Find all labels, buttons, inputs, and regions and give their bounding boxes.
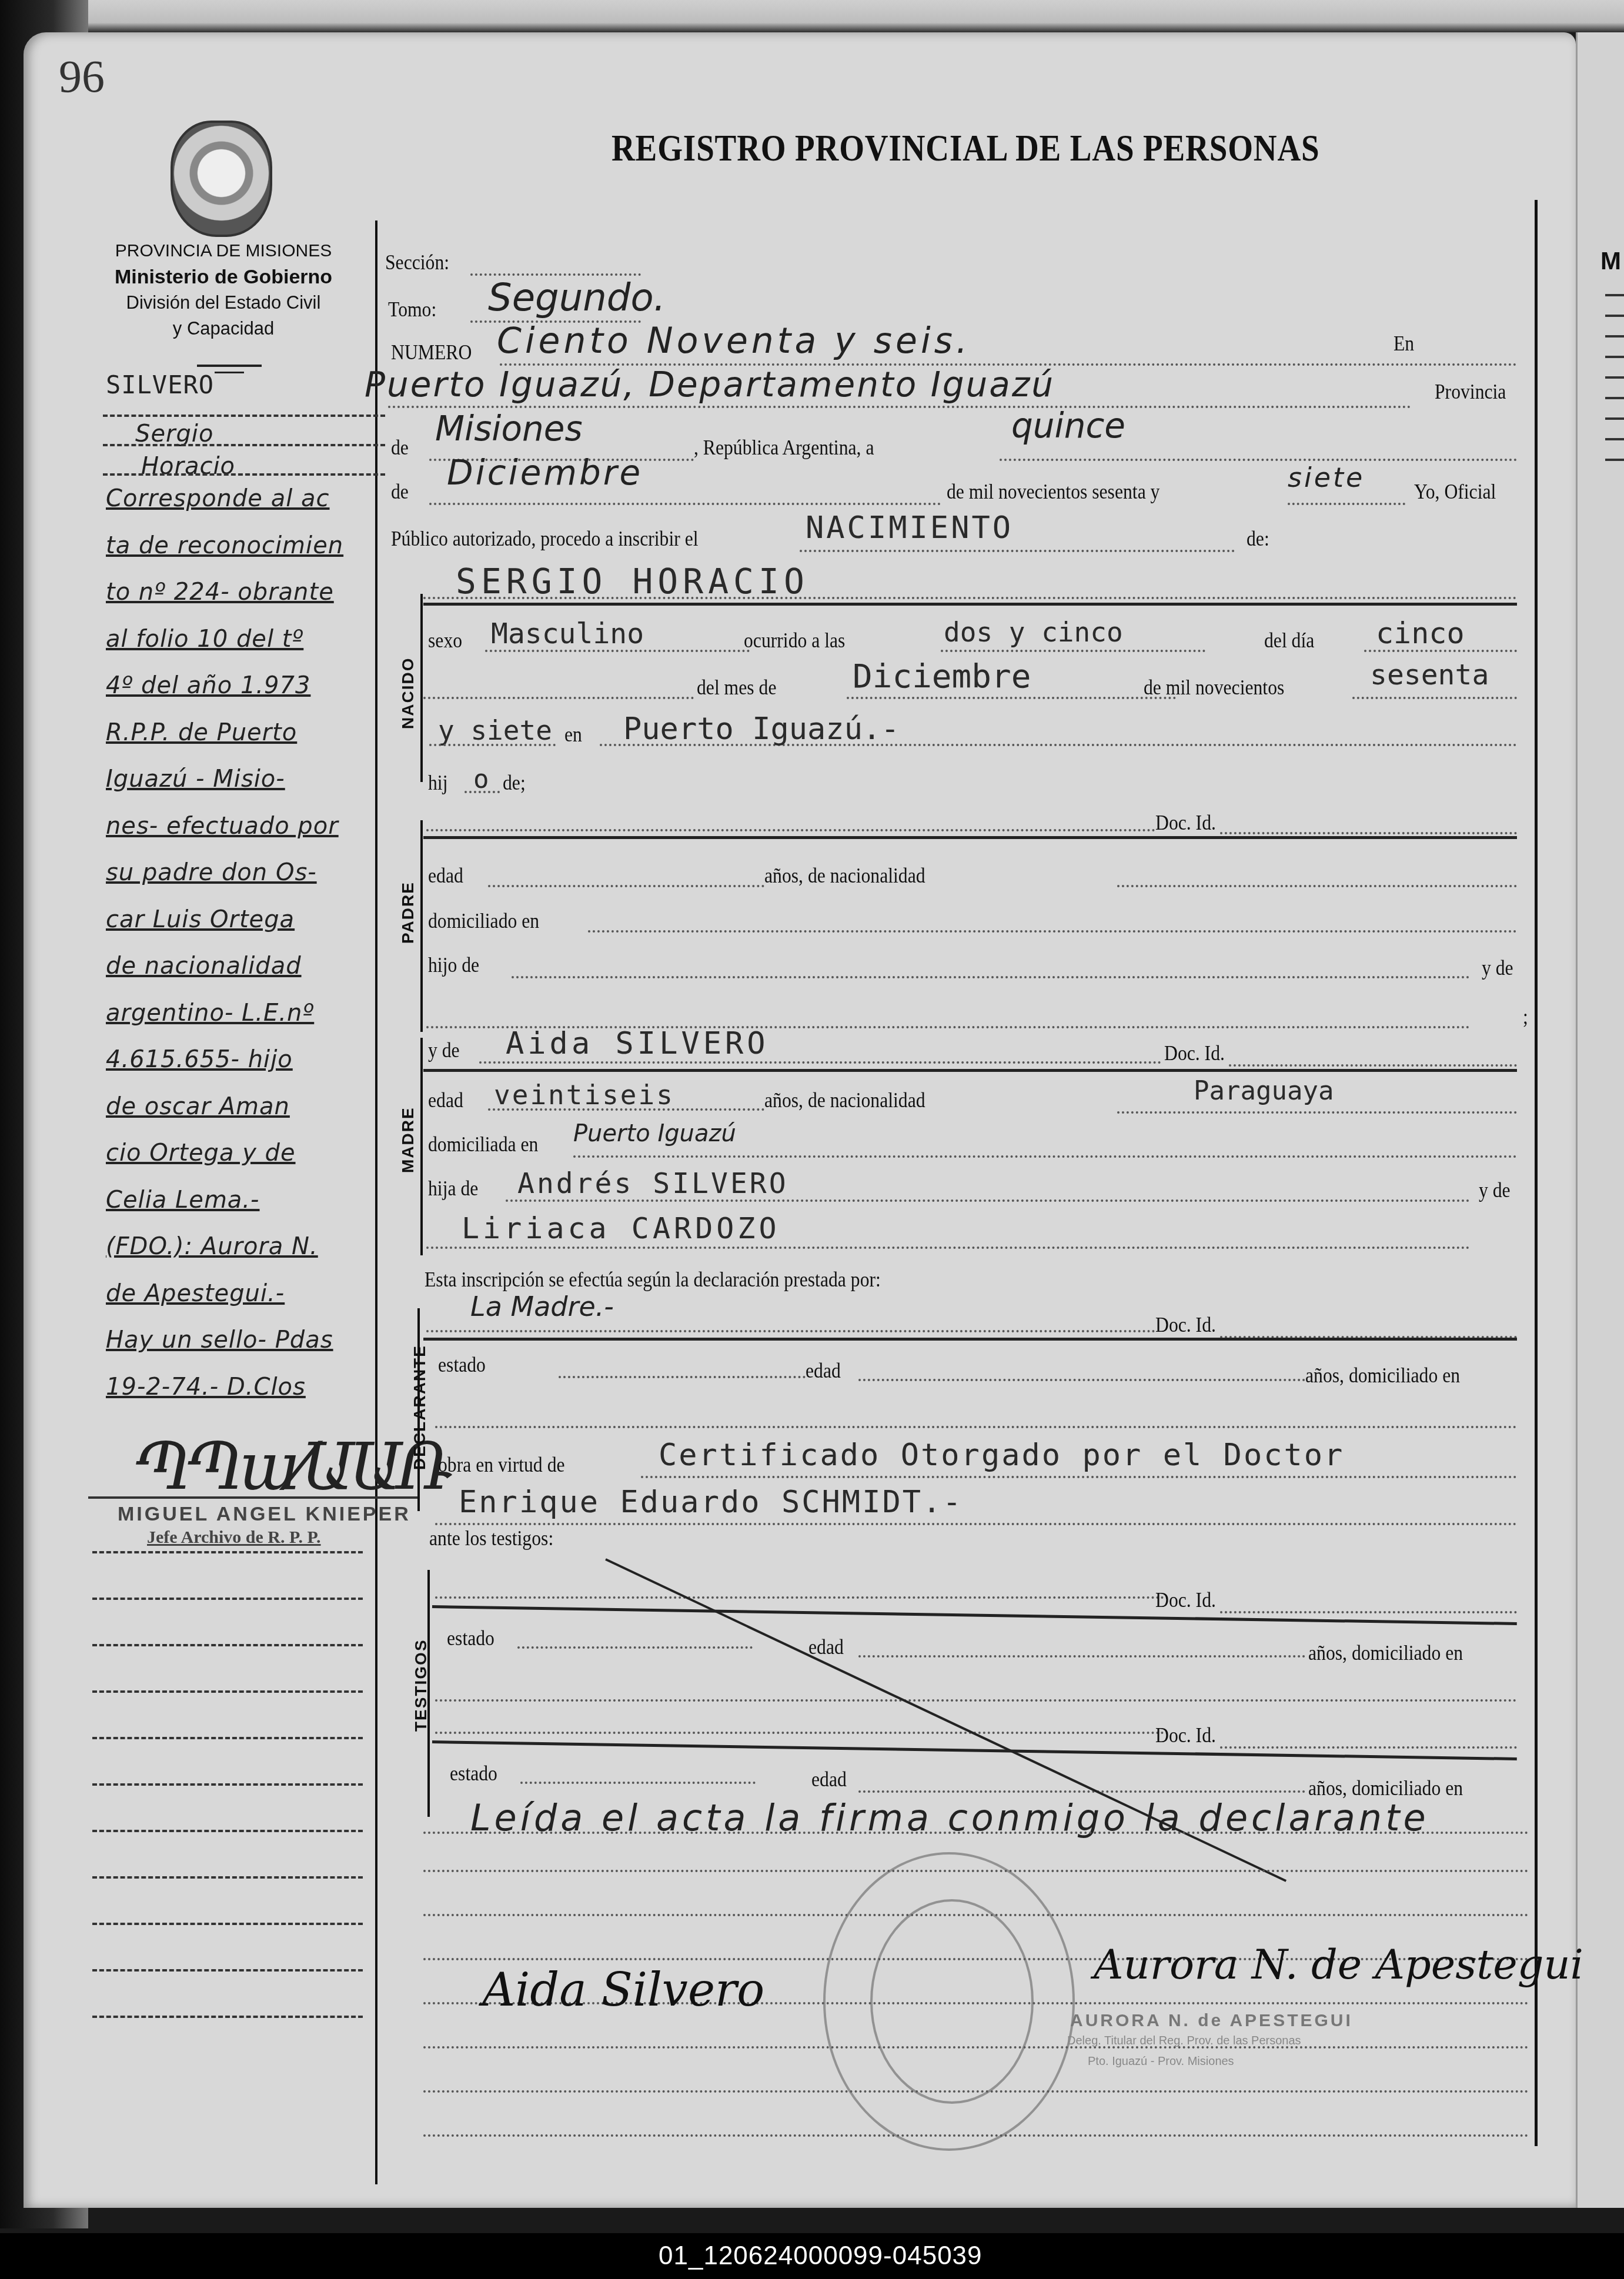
- margin-blank-line: [92, 1644, 363, 1646]
- margin-blank-line: [92, 1923, 363, 1925]
- obra-field-2[interactable]: [435, 1523, 1517, 1525]
- mes-label: del mes de: [697, 675, 776, 700]
- declarante-section-label: DECLARANTE: [410, 1345, 429, 1470]
- testigo1-doc-field[interactable]: [1220, 1611, 1517, 1613]
- margin-note-line: Celia Lema.-: [106, 1187, 260, 1214]
- dia-label: del día: [1264, 628, 1314, 653]
- hijo-value: o: [473, 764, 489, 794]
- mes-value: Diciembre: [853, 657, 1031, 696]
- padre-doc-label: Doc. Id.: [1155, 810, 1216, 835]
- hijo-de-label: de;: [503, 770, 526, 795]
- declarante-nombre-value: La Madre.-: [470, 1291, 614, 1322]
- hora-label: ocurrido a las: [744, 628, 845, 653]
- declarante-edad-field[interactable]: [858, 1379, 1305, 1381]
- margin-blank-line: [92, 1783, 363, 1786]
- nacido-lugar-value: Puerto Iguazú.-: [623, 711, 900, 747]
- madre-nombre-field[interactable]: [479, 1061, 1161, 1064]
- margin-blank-line: [92, 1551, 363, 1553]
- anio-label: de mil novecientos: [1144, 675, 1284, 700]
- padre-nacionalidad-field[interactable]: [1117, 885, 1517, 887]
- hora-value: dos y cinco: [944, 616, 1123, 648]
- madre-section-label: MADRE: [399, 1107, 417, 1173]
- obra-value-2: Enrique Eduardo SCHMIDT.-: [459, 1485, 963, 1520]
- en-label: En: [1394, 331, 1414, 356]
- fecha-dia-value: quince: [1011, 406, 1125, 446]
- madre-nacionalidad-label: años, de nacionalidad: [764, 1088, 925, 1112]
- declarante-domicilio-field[interactable]: [435, 1426, 1517, 1428]
- adjacent-page-edge: [1576, 32, 1624, 2208]
- testigos-section-label: TESTIGOS: [412, 1639, 430, 1732]
- madre-nacionalidad-value: Paraguaya: [1194, 1076, 1334, 1106]
- padre-domicilio-label: domiciliado en: [428, 908, 539, 933]
- archive-signature: ՊՊա⁄ԱԱՌ: [135, 1429, 448, 1504]
- madre-edad-value: veintiseis: [494, 1079, 674, 1111]
- fecha-dia-field[interactable]: [1000, 459, 1517, 461]
- acto-label: Público autorizado, procedo a inscribir …: [391, 526, 699, 551]
- form-right-border: [1535, 200, 1538, 2146]
- margin-note-line: R.P.P. de Puerto: [106, 719, 297, 746]
- madre-domicilio-field[interactable]: [573, 1155, 1517, 1158]
- oficial-stamp-line2: Deleg. Titular del Reg. Prov. de las Per…: [1067, 2034, 1301, 2048]
- seccion-field[interactable]: [470, 273, 641, 276]
- testigo2-estado-label: estado: [450, 1761, 497, 1786]
- oficial-stamp-line3: Pto. Iguazú - Prov. Misiones: [1088, 2055, 1234, 2069]
- madre-edad-label: edad: [428, 1088, 463, 1112]
- margin-blank-line: [92, 1598, 363, 1600]
- padre-nombre-field[interactable]: [426, 829, 1155, 831]
- divider: [215, 372, 244, 373]
- obra-value-1: Certificado Otorgado por el Doctor: [659, 1438, 1344, 1473]
- archive-stamp-title: Jefe Archivo de R. P. P.: [147, 1528, 321, 1548]
- padre-edad-field[interactable]: [488, 885, 764, 887]
- margin-blank-line: [92, 1876, 363, 1879]
- numero-value: Ciento Noventa y seis.: [497, 320, 971, 362]
- padre-edad-label: edad: [428, 863, 463, 888]
- padre-hijo-de-field[interactable]: [512, 976, 1470, 978]
- testigo1-doc-label: Doc. Id.: [1155, 1588, 1216, 1612]
- adjacent-page-dash: [1605, 294, 1624, 296]
- margin-note-line: to nº 224- obrante: [106, 579, 334, 606]
- archive-stamp-name: MIGUEL ANGEL KNIEPER: [118, 1503, 411, 1526]
- declarante-nombre-field[interactable]: [426, 1330, 1155, 1332]
- adjacent-page-dash: [1605, 335, 1624, 337]
- padre-end-mark: ;: [1523, 1004, 1528, 1029]
- document-title: REGISTRO PROVINCIAL DE LAS PERSONAS: [611, 126, 1320, 170]
- margin-note-line: ta de reconocimien: [106, 532, 343, 559]
- madre-domicilio-label: domiciliada en: [428, 1132, 538, 1157]
- declarante-estado-label: estado: [438, 1352, 486, 1377]
- oficial-signature: Aurora N. de Apestegui: [1094, 1940, 1583, 1989]
- fecha-anio-field[interactable]: [1288, 503, 1405, 505]
- margin-note-line: Corresponde al ac: [106, 485, 330, 512]
- margin-note-line: 4º del año 1.973: [106, 672, 310, 699]
- anio2-field[interactable]: [429, 744, 556, 746]
- republica-label: , República Argentina, a: [694, 435, 874, 460]
- de-label-2: de: [391, 479, 409, 504]
- nacido-nombre-value: SERGIO HORACIO: [456, 562, 809, 602]
- testigos-intro: ante los testigos:: [429, 1526, 553, 1550]
- mes-field[interactable]: [847, 697, 1176, 699]
- madre-padre-value: Andrés SILVERO: [517, 1167, 788, 1200]
- margin-given-name-2: Horacio: [141, 453, 235, 480]
- madre-madre-value: Liriaca CARDOZO: [462, 1211, 780, 1245]
- testigo2-edad-field[interactable]: [858, 1790, 1305, 1793]
- hora-field[interactable]: [941, 650, 1205, 652]
- closing-field[interactable]: [423, 1832, 1529, 1834]
- sexo-value: Masculino: [491, 617, 644, 650]
- dia-value: cinco: [1376, 616, 1465, 650]
- section-rule: [423, 836, 1517, 839]
- madre-doc-field[interactable]: [1229, 1064, 1517, 1067]
- section-rule: [423, 603, 1517, 606]
- testigo1-estado-label: estado: [447, 1626, 494, 1650]
- book-top-edge: [0, 0, 1624, 32]
- sexo-label: sexo: [428, 628, 462, 653]
- declarante-estado-field[interactable]: [559, 1376, 806, 1378]
- org-division: División del Estado Civil: [76, 290, 370, 316]
- scan-id: 01_120624000099-045039: [659, 2241, 983, 2271]
- padre-y-de-label: y de: [1482, 955, 1513, 980]
- mil-novecientos-label: de mil novecientos sesenta y: [947, 479, 1159, 504]
- margin-blank-line: [92, 2016, 363, 2018]
- provincia-value: Misiones: [435, 409, 583, 449]
- declarante-intro: Esta inscripción se efectúa según la dec…: [425, 1267, 881, 1292]
- padre-hijo-de-label: hijo de: [428, 953, 479, 977]
- adjacent-page-dash: [1605, 376, 1624, 379]
- nacido-section-label: NACIDO: [399, 657, 417, 729]
- lugar-field[interactable]: [388, 406, 1411, 408]
- margin-note-line: 19-2-74.- D.Clos: [106, 1374, 306, 1401]
- padre-nacionalidad-label: años, de nacionalidad: [764, 863, 925, 888]
- testigo2-edad-label: edad: [811, 1767, 847, 1792]
- padre-doc-field[interactable]: [1220, 832, 1517, 834]
- organization-header: PROVINCIA DE MISIONES Ministerio de Gobi…: [76, 238, 370, 342]
- section-rule: [423, 1069, 1517, 1072]
- fecha-mes-value: Diciembre: [447, 453, 643, 493]
- oficial-stamp-name: AURORA N. de APESTEGUI: [1070, 2011, 1353, 2031]
- testigo2-estado-field[interactable]: [520, 1782, 756, 1784]
- adjacent-page-dash: [1605, 417, 1624, 420]
- margin-rule: [103, 415, 385, 417]
- provincial-seal-icon: [171, 121, 272, 237]
- margin-note-line: de oscar Aman: [106, 1093, 290, 1120]
- de-colon-label: de:: [1247, 526, 1269, 551]
- margin-note-line: car Luis Ortega: [106, 906, 295, 933]
- lugar-value: Puerto Iguazú, Departamento Iguazú: [365, 365, 1055, 405]
- fecha-anio-value: siete: [1288, 462, 1365, 493]
- column-divider: [375, 220, 377, 2184]
- madre-hija-de-label: hija de: [428, 1176, 478, 1201]
- testigo2-doc-label: Doc. Id.: [1155, 1723, 1216, 1747]
- declarante-domicilio-label: años, domiciliado en: [1305, 1363, 1460, 1388]
- org-ministry: Ministerio de Gobierno: [76, 264, 370, 290]
- margin-note-line: cio Ortega y de: [106, 1139, 296, 1167]
- en-label-2: en: [564, 722, 582, 747]
- adjacent-page-letter: M: [1600, 247, 1621, 275]
- margin-note-line: argentino- L.E.nº: [106, 1000, 314, 1027]
- margin-note-line: al folio 10 del tº: [106, 626, 303, 653]
- adjacent-page-dash: [1605, 438, 1624, 440]
- padre-section-bracket: [420, 820, 423, 1032]
- madre-section-bracket: [420, 1038, 423, 1255]
- madre-nacionalidad-field[interactable]: [1117, 1111, 1517, 1114]
- margin-note-line: nes- efectuado por: [106, 813, 339, 840]
- hijo-field[interactable]: [465, 791, 500, 793]
- round-stamp-inner: [870, 1899, 1034, 2104]
- divider: [197, 365, 262, 367]
- testigo2-doc-field[interactable]: [1220, 1746, 1517, 1749]
- margin-note-line: de Apestegui.-: [106, 1280, 285, 1307]
- de-label: de: [391, 435, 409, 460]
- margin-blank-line: [92, 1969, 363, 1971]
- obra-field[interactable]: [641, 1476, 1517, 1478]
- anio-field[interactable]: [1352, 697, 1517, 699]
- provincia-label: Provincia: [1435, 379, 1506, 404]
- margin-blank-line: [92, 1737, 363, 1739]
- testigo1-domicilio-field[interactable]: [435, 1699, 1517, 1702]
- margin-blank-line: [92, 1690, 363, 1693]
- fecha-mes-field[interactable]: [429, 503, 941, 505]
- adjacent-page-dash: [1605, 356, 1624, 358]
- margin-note-line: su padre don Os-: [106, 859, 317, 886]
- section-rule: [423, 1338, 1517, 1341]
- anio-value: sesenta: [1370, 659, 1489, 691]
- acto-field[interactable]: [800, 550, 1235, 552]
- madre-edad-field[interactable]: [488, 1108, 764, 1111]
- madre-y-de-label-2: y de: [1479, 1178, 1511, 1202]
- madre-hija-de-field[interactable]: [506, 1199, 1470, 1202]
- margin-note-line: Hay un sello- Pdas: [106, 1326, 333, 1354]
- numero-label: NUMERO: [391, 340, 472, 365]
- anio-value-2: y siete: [438, 714, 552, 746]
- madre-y-de-label: y de: [428, 1038, 460, 1062]
- declarante-doc-label: Doc. Id.: [1155, 1312, 1216, 1337]
- margin-note-line: Iguazú - Misio-: [106, 766, 285, 793]
- adjacent-page-dash: [1605, 397, 1624, 399]
- padre-domicilio-field[interactable]: [588, 930, 1517, 933]
- madre-y-de-field[interactable]: [426, 1247, 1470, 1249]
- margin-note-line: 4.615.655- hijo: [106, 1046, 293, 1073]
- adjacent-page-dash: [1605, 459, 1624, 461]
- margin-note-line: (FDO.): Aurora N.: [106, 1233, 318, 1260]
- testigo1-domicilio-label: años, domiciliado en: [1308, 1640, 1463, 1665]
- yo-oficial-label: Yo, Oficial: [1414, 479, 1496, 504]
- declarante-signature: Aida Silvero: [482, 1964, 764, 2017]
- seccion-label: Sección:: [385, 250, 449, 275]
- testigo1-estado-field[interactable]: [517, 1646, 753, 1649]
- margin-blank-line: [92, 1830, 363, 1832]
- org-province: PROVINCIA DE MISIONES: [76, 238, 370, 264]
- tomo-value: Segundo.: [488, 276, 666, 320]
- tomo-label: Tomo:: [388, 297, 436, 322]
- adjacent-page-dash: [1605, 315, 1624, 317]
- margin-note-line: de nacionalidad: [106, 953, 302, 980]
- margin-surname: SILVERO: [106, 370, 214, 399]
- nacido-blank-field[interactable]: [423, 697, 694, 699]
- padre-section-label: PADRE: [399, 881, 417, 944]
- margin-rule: [103, 473, 385, 476]
- testigo1-edad-field[interactable]: [858, 1655, 1305, 1658]
- declarante-edad-label: edad: [806, 1358, 841, 1383]
- madre-doc-label: Doc. Id.: [1164, 1041, 1225, 1065]
- obra-label: obra en virtud de: [438, 1452, 565, 1477]
- testigo2-nombre-field[interactable]: [435, 1732, 1164, 1734]
- acto-value: NACIMIENTO: [806, 510, 1013, 546]
- page-number: 96: [59, 50, 105, 103]
- testigo1-nombre-field[interactable]: [435, 1596, 1164, 1599]
- nacido-section-bracket: [420, 594, 423, 782]
- org-division-2: y Capacidad: [76, 316, 370, 342]
- margin-rule: [103, 444, 385, 446]
- madre-domicilio-value: Puerto Iguazú: [573, 1120, 736, 1147]
- madre-nombre-value: Aida SILVERO: [506, 1026, 769, 1061]
- testigo1-edad-label: edad: [808, 1635, 844, 1659]
- hijo-label: hij: [428, 770, 447, 795]
- nacido-nombre-field[interactable]: [423, 597, 1517, 599]
